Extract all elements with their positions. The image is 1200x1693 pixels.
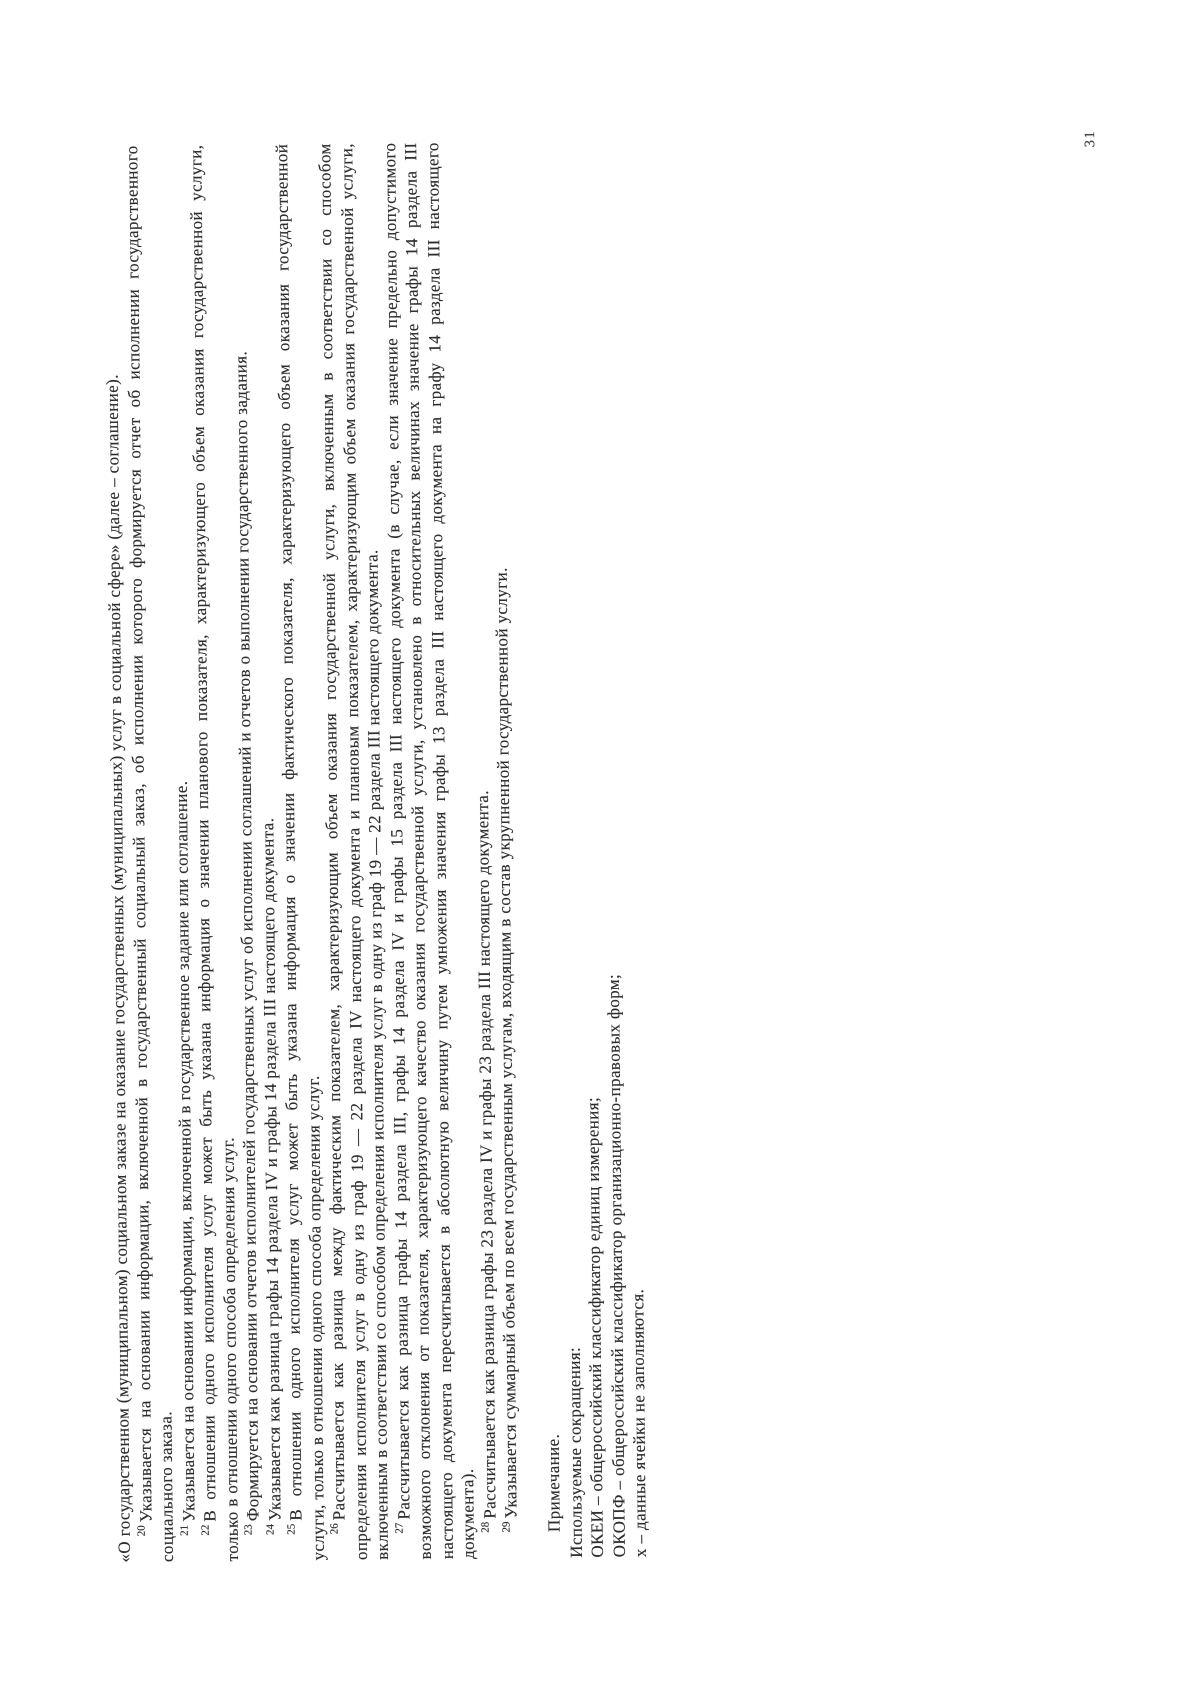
rotated-sheet: «О государственном (муниципальном) социа…	[0, 0, 1200, 1693]
footnote-number: 20	[135, 1525, 147, 1536]
footnote-number: 29	[500, 1521, 512, 1532]
footnote-number: 26	[328, 1523, 340, 1534]
page-number: 31	[1082, 129, 1099, 147]
footnote-number: 23	[242, 1524, 254, 1535]
footnote-number: 24	[264, 1523, 276, 1534]
footnote-number: 28	[479, 1521, 491, 1532]
footnote-number: 21	[178, 1524, 190, 1535]
footnote-number: 25	[285, 1523, 297, 1534]
footnote-number: 22	[199, 1524, 211, 1535]
text-lines: «О государственном (муниципальном) социа…	[99, 140, 651, 1563]
scanned-page: «О государственном (муниципальном) социа…	[0, 0, 1200, 1693]
footnote-number: 27	[393, 1522, 405, 1533]
